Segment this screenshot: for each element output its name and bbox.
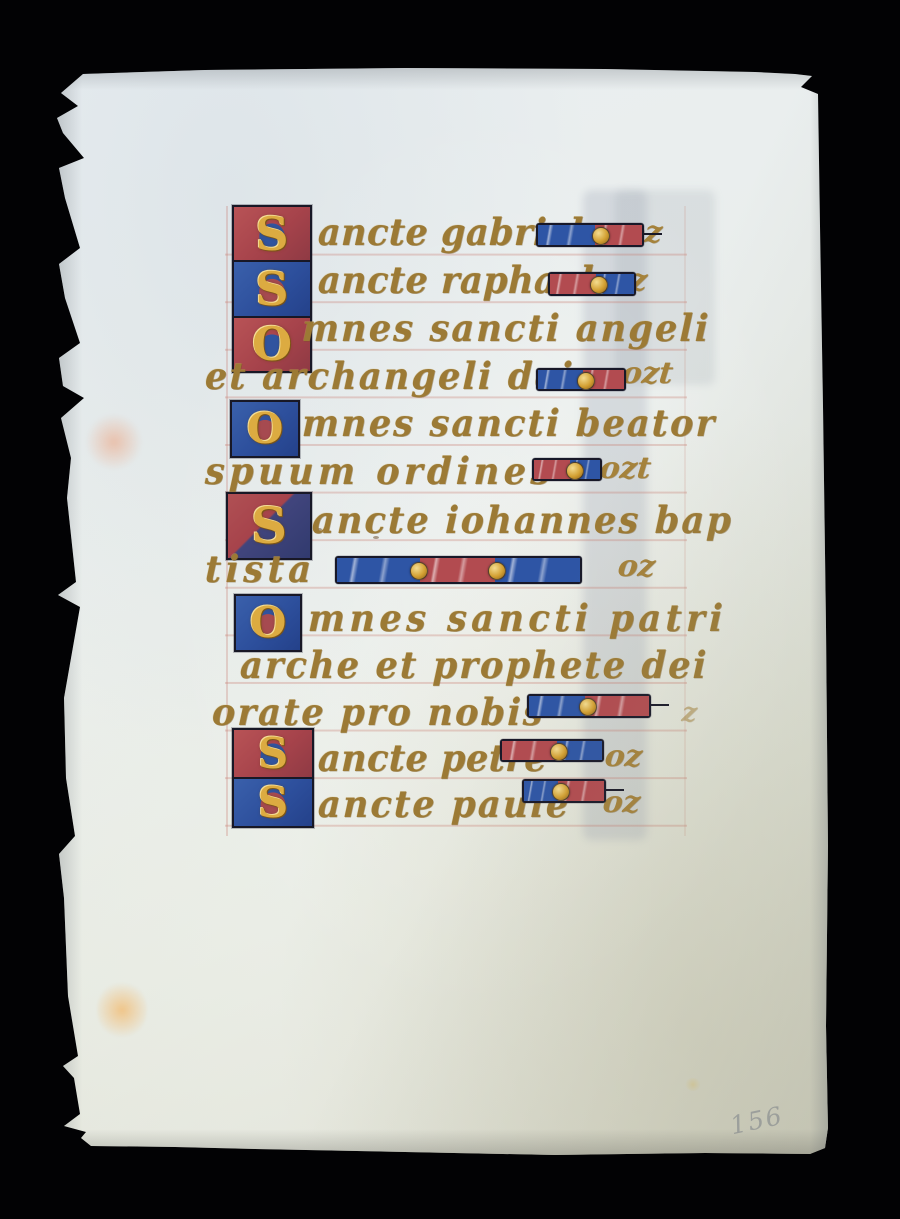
illuminated-initial-block-SSO: S S O <box>232 205 312 373</box>
line-text: et archangeli dei <box>204 355 575 399</box>
gold-dot <box>577 372 595 390</box>
gold-dot <box>566 462 584 480</box>
abbrev-orate: ozt <box>598 451 653 486</box>
line-filler-13 <box>522 779 606 803</box>
filler-blue-segment <box>529 696 585 716</box>
initial-S-petre: S <box>234 730 312 779</box>
text-line-11: orate pro nobis <box>212 692 545 733</box>
initial-letter: S <box>258 733 288 775</box>
gold-dot <box>410 562 428 580</box>
initial-O-omnes3: O <box>236 596 300 650</box>
text-line-10: arche et prophete dei <box>240 645 708 686</box>
gold-dot <box>592 227 610 245</box>
line-filler-4 <box>536 368 626 391</box>
pen-rule <box>642 233 662 235</box>
initial-S-raphael: S <box>234 262 310 317</box>
pen-rule <box>649 704 669 706</box>
line-filler-12 <box>500 739 604 762</box>
parchment-leaf: S S O O S O S S ancte gabriel ancte raph… <box>55 66 835 1162</box>
filler-blue-segment <box>538 370 583 389</box>
initial-letter: S <box>258 782 288 824</box>
initial-S-gabriel: S <box>234 207 310 262</box>
filler-red-segment <box>502 741 557 760</box>
filler-blue-segment <box>337 558 420 582</box>
pen-rule <box>604 789 624 791</box>
photograph-black-background: S S O O S O S S ancte gabriel ancte raph… <box>0 0 900 1219</box>
illuminated-initial-block-SS: S S <box>232 728 314 828</box>
initial-S-paule: S <box>234 779 312 826</box>
gold-dot <box>488 562 506 580</box>
text-line-9: mnes sancti patri <box>308 598 727 639</box>
text-line-6: spuum ordines <box>205 451 555 492</box>
line-text: mnes sancti beator <box>301 402 717 446</box>
text-line-5: mnes sancti beator <box>302 403 716 444</box>
line-text: ancte iohannes bap <box>311 499 734 543</box>
gold-dot <box>552 783 570 801</box>
pencil-number: 156 <box>728 1101 787 1141</box>
filler-blue-segment <box>495 558 580 582</box>
line-text: arche et prophete dei <box>239 644 709 688</box>
salmon-stain <box>85 414 143 470</box>
filler-red-segment <box>420 558 495 582</box>
line-filler-11 <box>527 694 651 718</box>
abbrev-ora: oz <box>603 739 644 774</box>
initial-letter: S <box>255 266 288 312</box>
initial-letter: S <box>255 211 288 257</box>
line-text: orate pro nobis <box>211 691 545 735</box>
yellow-spot <box>685 1078 701 1091</box>
filler-red-segment <box>550 274 596 294</box>
line-filler-2 <box>548 272 636 296</box>
initial-letter: S <box>251 501 287 551</box>
filler-red-segment <box>534 460 570 479</box>
line-filler-8-long <box>335 556 582 584</box>
abbrev-orate: ozt <box>620 356 675 391</box>
gold-dot <box>550 743 568 761</box>
filler-blue-segment <box>538 225 595 245</box>
line-filler-1 <box>536 223 644 247</box>
line-text: mnes sancti patri <box>307 597 728 641</box>
text-line-7: ancte iohannes bap <box>312 500 733 541</box>
initial-letter: O <box>250 602 287 644</box>
line-text: mnes sancti angeli <box>301 307 711 351</box>
initial-letter: O <box>247 408 284 450</box>
pen-flourish: z <box>680 698 698 728</box>
line-filler-6 <box>532 458 602 481</box>
text-line-8: tista <box>205 549 316 590</box>
initial-O-omnes2: O <box>232 402 298 456</box>
text-line-3: mnes sancti angeli <box>302 308 710 349</box>
orange-stain <box>97 981 147 1039</box>
line-text: spuum ordines <box>204 450 555 494</box>
text-line-4: et archangeli dei <box>205 356 575 397</box>
line-text: tista <box>204 548 316 592</box>
abbrev-ora: oz <box>616 549 657 584</box>
